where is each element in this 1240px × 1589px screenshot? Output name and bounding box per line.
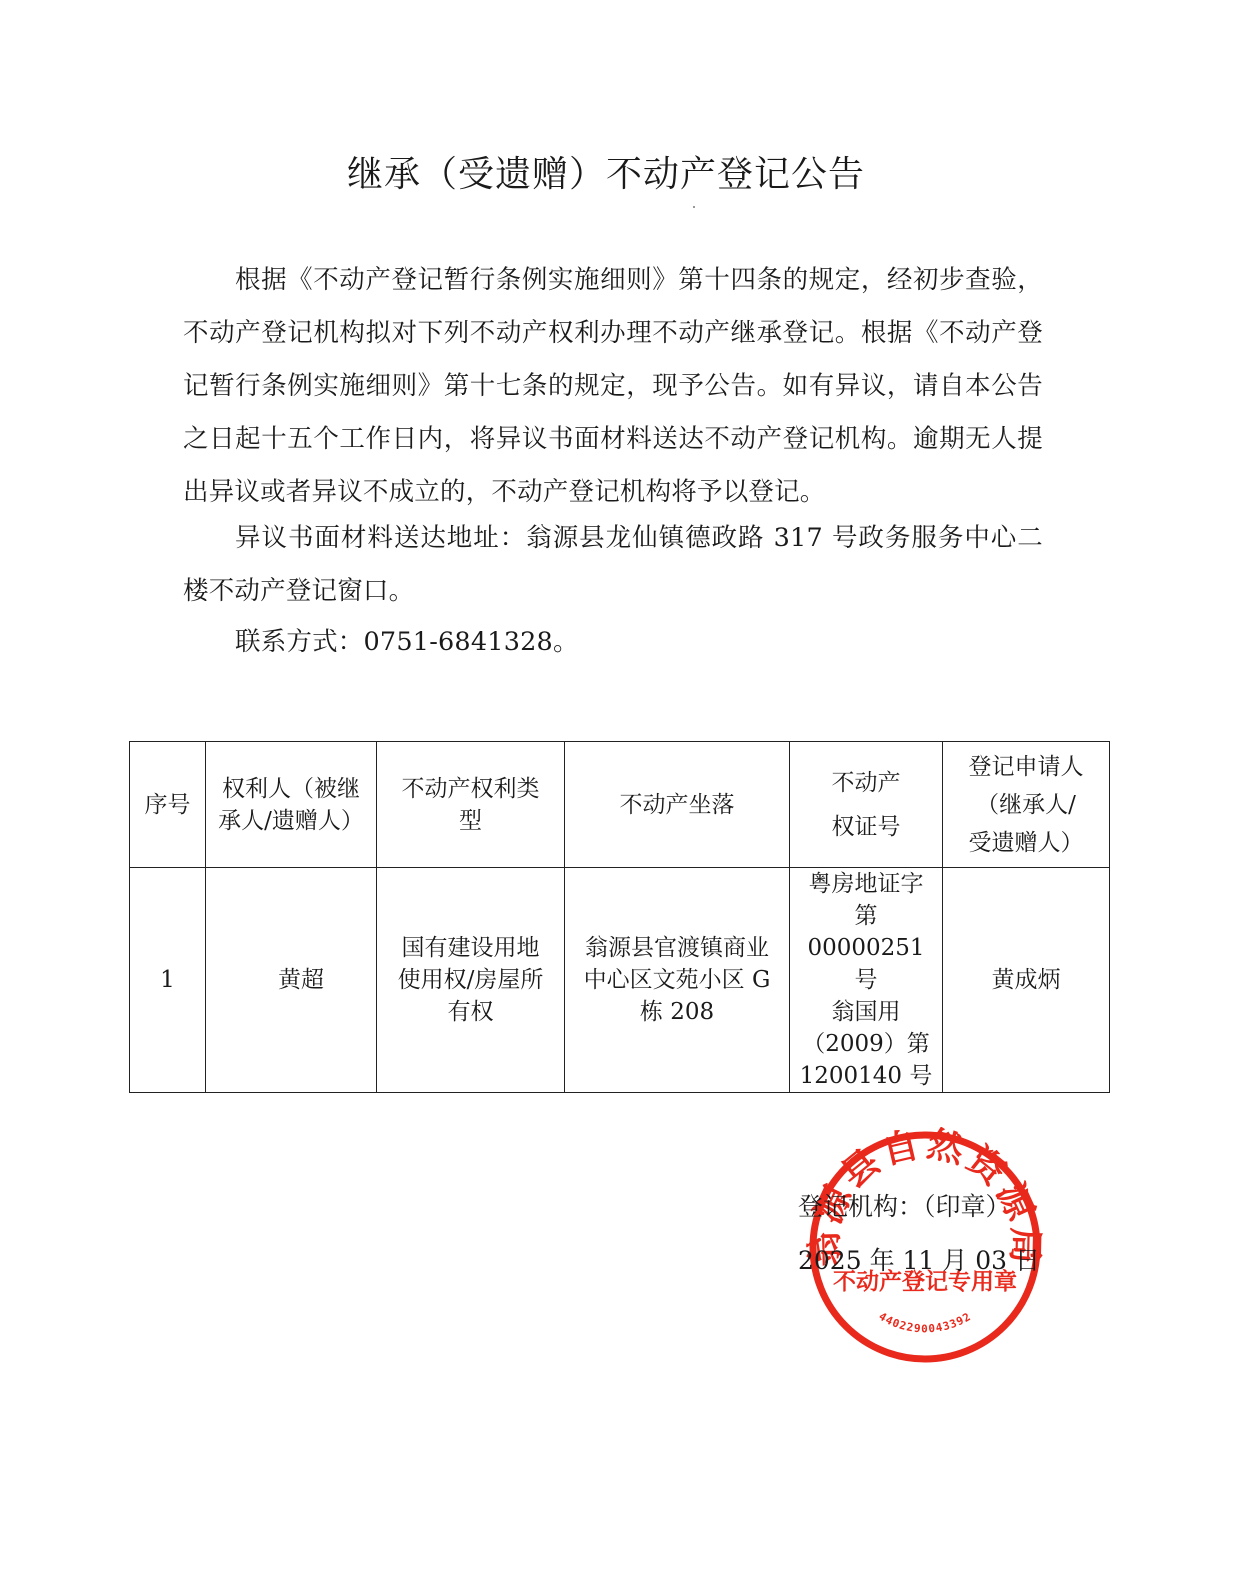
cell-holder: 黄超 — [206, 868, 377, 1093]
document-title: 继承（受遗赠）不动产登记公告 — [0, 146, 1212, 197]
scan-speck — [693, 206, 695, 208]
header-right-type: 不动产权利类 型 — [377, 742, 565, 868]
cell-cert-no: 粤房地证字 第 00000251 号 翁国用 （2009）第 1200140 号 — [790, 868, 943, 1093]
table-header-row: 序号 权利人（被继 承人/遗赠人） 不动产权利类 型 不动产坐落 不动产 权证号… — [130, 742, 1110, 868]
signature-block: 登记机构：（印章） 2025 年 11 月 03 日 — [798, 1180, 1040, 1288]
table-row: 1 黄超 国有建设用地 使用权/房屋所 有权 翁源县官渡镇商业 中心区文苑小区 … — [130, 868, 1110, 1093]
header-location: 不动产坐落 — [565, 742, 790, 868]
header-holder: 权利人（被继 承人/遗赠人） — [206, 742, 377, 868]
contact-paragraph: 联系方式：0751-6841328。 — [183, 616, 1043, 669]
cell-index: 1 — [130, 868, 206, 1093]
header-index: 序号 — [130, 742, 206, 868]
svg-text:4402290043392: 4402290043392 — [876, 1310, 973, 1336]
cell-right-type: 国有建设用地 使用权/房屋所 有权 — [377, 868, 565, 1093]
cell-location: 翁源县官渡镇商业 中心区文苑小区 G 栋 208 — [565, 868, 790, 1093]
header-cert-no: 不动产 权证号 — [790, 742, 943, 868]
registration-table: 序号 权利人（被继 承人/遗赠人） 不动产权利类 型 不动产坐落 不动产 权证号… — [129, 741, 1110, 1093]
objection-address-paragraph: 异议书面材料送达地址：翁源县龙仙镇德政路 317 号政务服务中心二楼不动产登记窗… — [183, 512, 1043, 618]
header-applicant: 登记申请人 （继承人/ 受遗赠人） — [943, 742, 1110, 868]
cell-applicant: 黄成炳 — [943, 868, 1110, 1093]
authority-label: 登记机构：（印章） — [798, 1180, 1040, 1234]
notice-date: 2025 年 11 月 03 日 — [798, 1234, 1040, 1288]
notice-paragraph: 根据《不动产登记暂行条例实施细则》第十四条的规定，经初步查验，不动产登记机构拟对… — [183, 254, 1043, 519]
